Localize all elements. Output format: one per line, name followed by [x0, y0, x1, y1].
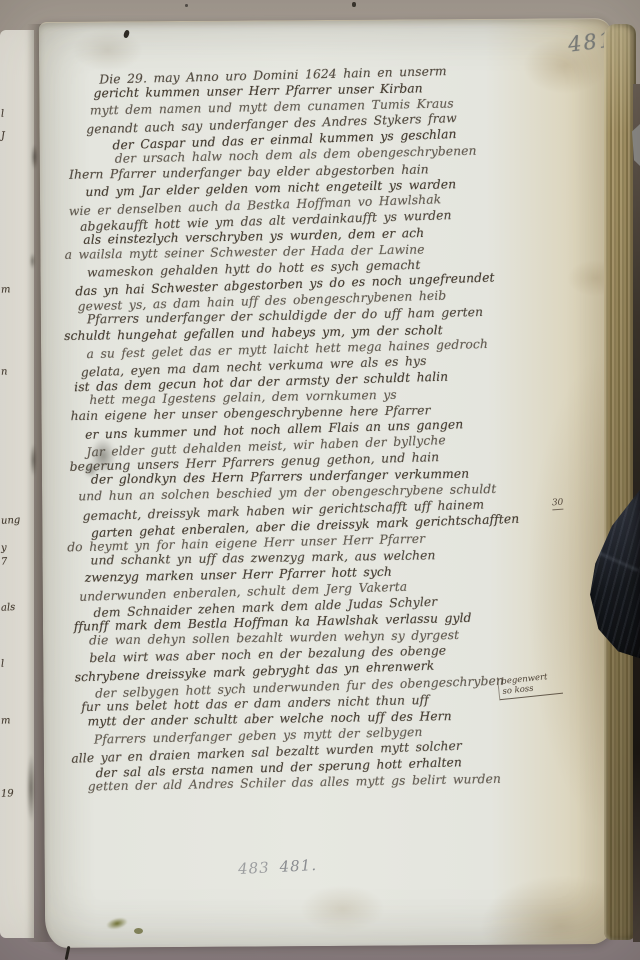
ink-speck [185, 4, 188, 7]
fore-edge-page-stack [604, 24, 636, 940]
bottom-folio-new: 481. [279, 856, 317, 876]
ink-speck [352, 2, 356, 7]
bottom-folio-old: 483 [238, 858, 271, 878]
gutter-smudge [25, 742, 37, 834]
gutter-smudge [29, 438, 38, 482]
stain [134, 928, 143, 934]
ink-smudge [84, 462, 98, 478]
gutter-smudge [29, 250, 36, 272]
manuscript-photo-scene: lJmnungy7alslm19 Die 29. may Anno uro Do… [0, 0, 640, 960]
table-ink-mark [65, 946, 71, 960]
gutter-smudge [30, 140, 39, 174]
margin-note-amount: 30 [552, 498, 564, 511]
